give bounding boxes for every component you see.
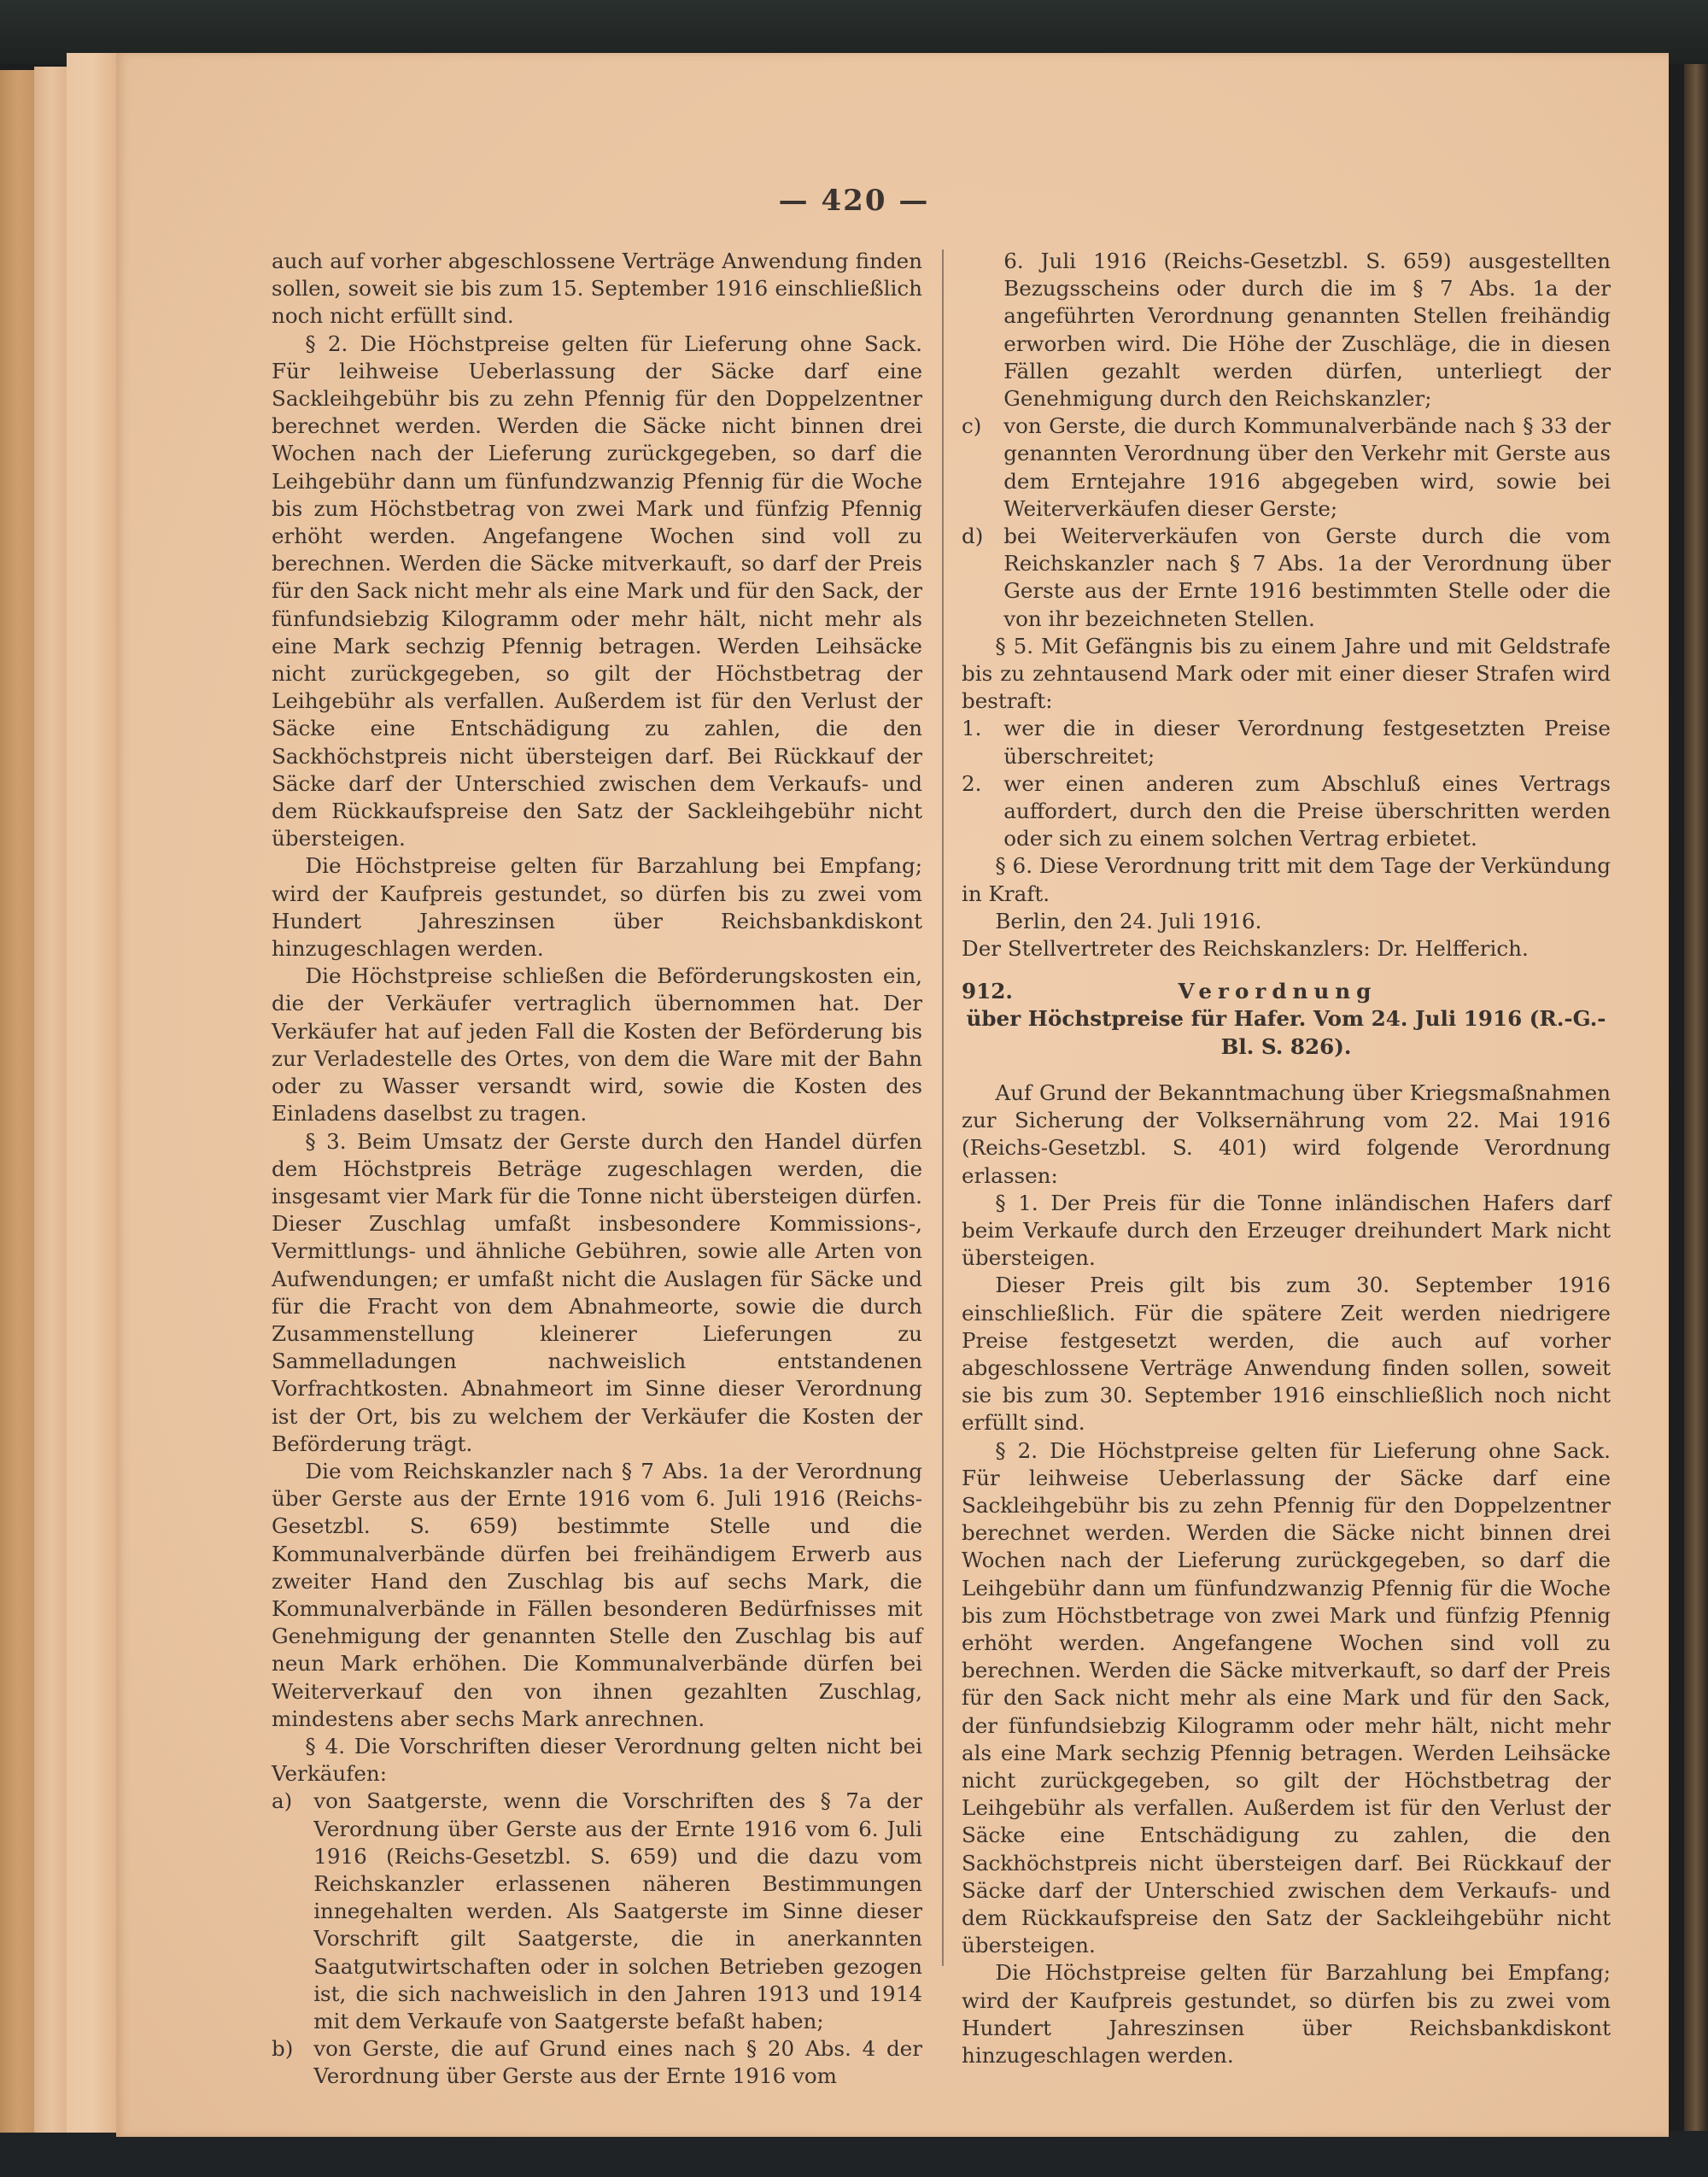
- stacked-page-edge: [67, 53, 118, 2133]
- preamble: Auf Grund der Bekanntmachung über Kriegs…: [962, 1080, 1611, 1190]
- signature: Der Stellvertreter des Reichskanzlers: D…: [962, 935, 1611, 963]
- decree-number: 912.: [962, 978, 1013, 1005]
- list-item: b) von Gerste, die auf Grund eines nach …: [272, 2035, 922, 2090]
- decree-heading: 912. Verordnung: [962, 978, 1611, 1005]
- list-item-continued: 6. Juli 1916 (Reichs-Gesetzbl. S. 659) a…: [962, 248, 1611, 413]
- penalty-item: 2. wer einen anderen zum Abschluß eines …: [962, 770, 1611, 853]
- spacer: [962, 1061, 1611, 1069]
- list-item-text: bei Weiterverkäufen von Gerste durch die…: [1003, 523, 1611, 633]
- section-4-paragraph: § 4. Die Vorschriften dieser Verordnung …: [272, 1733, 922, 1788]
- list-item-text: von Gerste, die durch Kommunalverbände n…: [1003, 413, 1611, 523]
- paragraph: Dieser Preis gilt bis zum 30. September …: [962, 1272, 1611, 1437]
- section-2-paragraph: § 2. Die Höchstpreise gelten für Lieferu…: [962, 1437, 1611, 1960]
- stacked-page-edge: [34, 67, 68, 2133]
- paragraph: Die vom Reichskanzler nach § 7 Abs. 1a d…: [272, 1458, 922, 1733]
- stacked-page-edge: [0, 70, 36, 2133]
- list-item-text: von Gerste, die auf Grund eines nach § 2…: [313, 2035, 922, 2090]
- list-item-text: 6. Juli 1916 (Reichs-Gesetzbl. S. 659) a…: [1003, 248, 1611, 413]
- paragraph: Die Höchstpreise schließen die Beförderu…: [272, 963, 922, 1127]
- section-6-paragraph: § 6. Diese Verordnung tritt mit dem Tage…: [962, 852, 1611, 907]
- section-2-paragraph: § 2. Die Höchstpreise gelten für Lieferu…: [272, 331, 922, 853]
- list-item-label: d): [962, 523, 1003, 633]
- list-item-text: von Saatgerste, wenn die Vorschriften de…: [313, 1788, 922, 2035]
- penalty-item-label: 1.: [962, 715, 1003, 770]
- decree-subtitle: über Höchstpreise für Hafer. Vom 24. Jul…: [962, 1005, 1611, 1060]
- paragraph: Die Höchstpreise gelten für Barzahlung b…: [962, 1959, 1611, 2069]
- penalty-item-label: 2.: [962, 770, 1003, 853]
- page-number: — 420 —: [0, 184, 1708, 218]
- list-item: d) bei Weiterverkäufen von Gerste durch …: [962, 523, 1611, 633]
- list-item-label: b): [272, 2035, 313, 2090]
- left-column: auch auf vorher abgeschlossene Verträge …: [272, 248, 922, 2091]
- column-divider: [942, 249, 944, 1966]
- penalty-item-text: wer die in dieser Verordnung festgesetzt…: [1003, 715, 1611, 770]
- right-column: 6. Juli 1916 (Reichs-Gesetzbl. S. 659) a…: [962, 248, 1611, 2069]
- paragraph: auch auf vorher abgeschlossene Verträge …: [272, 248, 922, 331]
- penalty-item-text: wer einen anderen zum Abschluß eines Ver…: [1003, 770, 1611, 853]
- list-item-label: a): [272, 1788, 313, 2035]
- right-page-edge: [1684, 64, 1708, 2131]
- decree-title: Verordnung: [1013, 978, 1542, 1005]
- section-3-paragraph: § 3. Beim Umsatz der Gerste durch den Ha…: [272, 1128, 922, 1458]
- section-5-paragraph: § 5. Mit Gefängnis bis zu einem Jahre un…: [962, 633, 1611, 716]
- section-1-paragraph: § 1. Der Preis für die Tonne inländische…: [962, 1190, 1611, 1273]
- list-item: c) von Gerste, die durch Kommunalverbänd…: [962, 413, 1611, 523]
- list-item-label: c): [962, 413, 1003, 523]
- list-indent: [962, 248, 1003, 413]
- penalty-item: 1. wer die in dieser Verordnung festgese…: [962, 715, 1611, 770]
- list-item: a) von Saatgerste, wenn die Vorschriften…: [272, 1788, 922, 2035]
- paragraph: Die Höchstpreise gelten für Barzahlung b…: [272, 852, 922, 963]
- book-cover-bottom: [0, 2131, 1708, 2177]
- place-date: Berlin, den 24. Juli 1916.: [962, 908, 1611, 935]
